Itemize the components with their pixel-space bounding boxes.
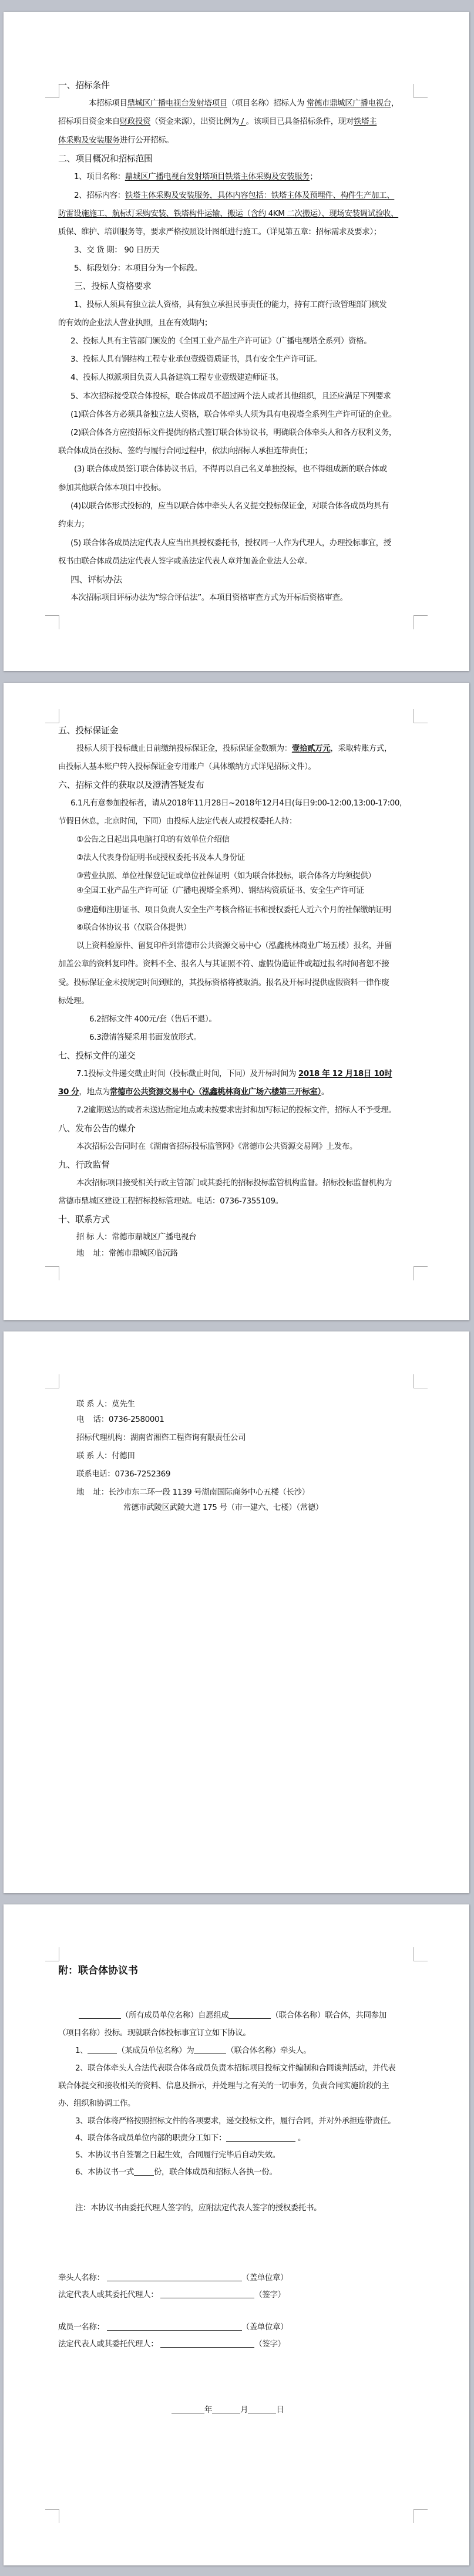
- margin-corner-mark: [414, 709, 428, 723]
- paragraph-line: 节假日休息，北京时间，下同）由投标人法定代表人或授权委托人持：: [58, 816, 414, 827]
- paragraph-line: 6.1凡有意参加投标者，请从2018年11月28日~2018年12月4日(每日9…: [70, 798, 426, 808]
- margin-corner-mark: [414, 1947, 428, 1961]
- list-item: 3、交 货 期： 90 日历天: [74, 245, 430, 255]
- paragraph-line: 体采购及安装服务进行公开招标。: [58, 135, 414, 146]
- paragraph-line: 联合体成员在投标、签约与履行合同过程中，依法向招标人承担连带责任；: [58, 446, 414, 456]
- paragraph-line: 本招标项目鼎城区广播电视台发射塔项目（项目名称）招标人为 常德市鼎城区广播电视台…: [89, 98, 445, 109]
- contact-line: 地 址：常德市鼎城区临沅路: [76, 1248, 432, 1259]
- doc-list-item: ⑥联合体协议书（仅联合体提供）: [76, 922, 432, 933]
- list-item: 1、项目名称：鼎城区广播电视台发射塔项目铁塔主体采购及安装服务；: [74, 171, 430, 182]
- paragraph-line: 常德市鼎城区建设工程招标投标管理站。电话：0736-7355109。: [58, 1196, 414, 1206]
- list-item: 2、投标人具有主管部门颁发的《全国工业产品生产许可证》（广播电视塔全系列）资格。: [70, 336, 426, 346]
- year-field[interactable]: [172, 2405, 204, 2413]
- doc-list-item: ③营业执照、单位社保登记证或单位社保证明（如为联合体投标，联合体各方均须提供）: [76, 871, 432, 881]
- section-heading-2: 二、项目概况和招标范围: [58, 153, 414, 164]
- bid-bond-amount: 壹拾贰万元: [292, 744, 331, 753]
- member-name-field[interactable]: [107, 2322, 242, 2331]
- page-2: 五、投标保证金 投标人须于投标截止日前缴纳投标保证金，投标保证金数额为：壹拾贰万…: [4, 683, 469, 1320]
- paragraph-line: 6.3澄清答疑采用书面发放形式。: [89, 1032, 445, 1043]
- fund-ratio: /: [239, 117, 246, 126]
- margin-corner-mark: [414, 615, 428, 629]
- contact-line: 联 系 人：莫先生: [76, 1399, 432, 1410]
- margin-corner-mark: [414, 1374, 428, 1388]
- lead-rep-field[interactable]: [160, 2290, 254, 2298]
- section-heading-8: 八、发布公告的媒介: [58, 1123, 414, 1134]
- doc-list-item: ④全国工业产品生产许可证（广播电视塔全系列）、钢结构资质证书、安全生产许可证: [76, 885, 432, 896]
- lead-name-field[interactable]: [107, 2272, 242, 2281]
- signature-line: 成员一名称：（盖单位章）: [58, 2322, 414, 2332]
- clause-2: 2、联合体牵头人合法代表联合体各成员负责本招标项目投标文件编制和合同谈判活动，并…: [75, 2063, 431, 2073]
- contact-line: 常德市武陵区武陵大道 175 号（市一建六、七楼）（常德）: [123, 1502, 474, 1513]
- clause-3: 3、联合体将严格按照招标文件的各项要求，递交投标文件，履行合同，并对外承担连带责…: [75, 2116, 431, 2126]
- paragraph-line: 参加其他联合体本项目中投标。: [58, 483, 414, 493]
- paragraph-line: 本次招标项目评标办法为“综合评估法”。本项目资格审查方式为开标后资格审查。: [70, 592, 426, 603]
- contact-line: 地 址：长沙市东二环一段 1139 号湖南国际商务中心五楼（长沙）: [76, 1487, 432, 1498]
- doc-list-item: ②法人代表身份证明书或授权委托书及本人身份证: [76, 852, 432, 863]
- margin-corner-mark: [45, 84, 59, 98]
- list-item: 1、投标人须具有独立法人资格，具有独立承担民事责任的能力，持有工商行政管理部门核…: [74, 299, 430, 310]
- opening-location: 常德市公共资源交易中心（泓鑫桃林商业广场六楼第三开标室）: [110, 1087, 321, 1097]
- list-item: (2)联合体各方应按招标文件提供的格式签订联合体协议书，明确联合体牵头人和各方权…: [70, 427, 426, 438]
- deadline-datetime: 2018 年 12 月18日 10时: [298, 1069, 392, 1078]
- section-heading-4: 四、评标办法: [70, 574, 426, 585]
- list-item: (3) 联合体成员签订联合体协议书后，不得再以自己名义单独投标，也不得组成新的联…: [74, 464, 430, 474]
- blank-field[interactable]: [194, 2045, 226, 2054]
- contact-line: 招 标 人：常德市鼎城区广播电视台: [76, 1232, 432, 1242]
- paragraph-line: 7.2逾期送达的或者未送达指定地点或未按要求密封和加写标记的投标文件，招标人不予…: [76, 1105, 432, 1115]
- date-line: 年月日: [172, 2405, 474, 2415]
- paragraph-line: 标处理。: [58, 996, 414, 1006]
- project-name: 鼎城区广播电视台发射塔项目: [127, 99, 227, 108]
- section-heading-6: 六、招标文件的获取以及澄清答疑发布: [58, 780, 414, 790]
- paragraph-line: （项目名称）投标。现就联合体投标事宜订立如下协议。: [58, 2028, 414, 2038]
- paragraph-line: （所有成员单位名称）自愿组成（联合体名称）联合体，共同参加: [58, 2010, 414, 2021]
- list-item: 2、招标内容：铁塔主体采购及安装服务，具体内容包括：铁塔主体及预埋件、构件生产加…: [74, 190, 430, 201]
- section-heading-7: 七、投标文件的递交: [58, 1050, 414, 1061]
- clause-5: 5、本协议书自签署之日起生效，合同履行完毕后自动失效。: [75, 2150, 431, 2160]
- paragraph-line: 本次招标项目接受相关行政主管部门或其委托的招标投标监管机构监督。招标投标监督机构…: [76, 1178, 432, 1188]
- blank-field[interactable]: [134, 2167, 154, 2176]
- paragraph-line: 质保、维护、培训服务等，要求严格按照设计图纸进行施工。（详见第五章：招标需求及要…: [58, 227, 414, 237]
- member-rep-field[interactable]: [160, 2339, 254, 2348]
- tenderer-name: 常德市鼎城区广播电视台: [307, 99, 391, 108]
- section-heading-9: 九、行政监督: [58, 1159, 414, 1170]
- paragraph-line: 以上资料验原件、留复印件到常德市公共资源交易中心（泓鑫桃林商业广场五楼）报名，并…: [76, 940, 432, 951]
- blank-field[interactable]: [226, 2133, 295, 2142]
- section-heading-1: 一、招标条件: [58, 80, 414, 90]
- paragraph-line: 由投标人基本账户转入投标保证金专用账户（具体缴纳方式详见招标文件）。: [58, 761, 414, 772]
- doc-list-item: ①公告之日起出具电脑打印的有效单位介绍信: [76, 834, 432, 845]
- contact-line: 招标代理机构：湖南省湘咨工程咨询有限责任公司: [76, 1432, 432, 1443]
- section-heading-5: 五、投标保证金: [58, 725, 414, 736]
- note: 注：本协议书由委托代理人签字的，应附法定代表人签字的授权委托书。: [75, 2203, 431, 2213]
- margin-corner-mark: [45, 2509, 59, 2523]
- margin-corner-mark: [414, 1266, 428, 1280]
- signature-line: 法定代表人或其委托代理人：（签字）: [58, 2339, 414, 2349]
- paragraph-line: 30 分，地点为常德市公共资源交易中心（泓鑫桃林商业广场六楼第三开标室）。: [58, 1087, 414, 1097]
- page-3: 联 系 人：莫先生 电 话：0736-2580001 招标代理机构：湖南省湘咨工…: [4, 1331, 469, 1893]
- clause-6: 6、本协议书一式份，联合体成员和招标人各执一份。: [75, 2167, 431, 2177]
- paragraph-line: 本次招标公告同时在《湖南省招标投标监管网》《常德市公共资源交易网》上发布。: [76, 1141, 432, 1152]
- list-item: 4、投标人拟派项目负责人具备建筑工程专业壹级建造师证书。: [70, 372, 426, 383]
- paragraph-line: 投标人须于投标截止日前缴纳投标保证金，投标保证金数额为：壹拾贰万元，采取转账方式…: [76, 743, 432, 754]
- margin-corner-mark: [45, 615, 59, 629]
- blank-field[interactable]: [88, 2045, 117, 2054]
- margin-corner-mark: [414, 84, 428, 98]
- contact-line: 电 话：0736-2580001: [76, 1414, 432, 1425]
- list-item: 5、本次招标接受联合体投标，联合体成员不超过两个法人或者其他组织，且还应满足下列…: [70, 391, 426, 402]
- month-field[interactable]: [212, 2405, 240, 2413]
- appendix-title: 附：联合体协议书: [58, 1965, 414, 1976]
- clause-1: 1、（某成员单位名称）为（联合体名称）牵头人。: [75, 2045, 431, 2056]
- list-item: 5、标段划分：本项目分为一个标段。: [74, 263, 430, 274]
- list-item: (1)联合体各方必须具备独立法人资格，联合体牵头人须为具有电视塔全系列生产许可证…: [70, 409, 426, 420]
- clause-4: 4、联合体各成员单位内部的职责分工如下： 。: [75, 2133, 431, 2143]
- paragraph-line: 7.1投标文件递交截止时间（投标截止时间，下同）及开标时间为 2018 年 12…: [76, 1068, 432, 1079]
- page-4: 附：联合体协议书 （所有成员单位名称）自愿组成（联合体名称）联合体，共同参加 （…: [4, 1904, 469, 2565]
- margin-corner-mark: [45, 709, 59, 723]
- day-field[interactable]: [248, 2405, 276, 2413]
- signature-line: 牵头人名称：（盖单位章）: [58, 2272, 414, 2283]
- paragraph-line: 的有效的企业法人营业执照，且在有效期内；: [58, 318, 414, 328]
- list-item: 3、投标人具有钢结构工程专业承包壹级资质证书，具有安全生产许可证。: [70, 354, 426, 365]
- margin-corner-mark: [45, 1947, 59, 1961]
- margin-corner-mark: [45, 1266, 59, 1280]
- signature-line: 法定代表人或其委托代理人：（签字）: [58, 2290, 414, 2300]
- paragraph-line: 受。投标保证金未按规定时间到账的，其投标资格将被取消。报名及开标时提供虚假资料一…: [58, 977, 414, 988]
- section-heading-3: 三、投标人资格要求: [74, 281, 430, 291]
- section-heading-10: 十、联系方式: [58, 1214, 414, 1225]
- contact-line: 联 系 人：付德田: [76, 1451, 432, 1461]
- paragraph-line: 办、组织和协调工作。: [58, 2098, 414, 2109]
- page-1: 一、招标条件 本招标项目鼎城区广播电视台发射塔项目（项目名称）招标人为 常德市鼎…: [4, 12, 469, 671]
- list-item: (4)以联合体形式投标的，应当以联合体中牵头人名义提交投标保证金，对联合体各成员…: [70, 501, 426, 511]
- paragraph-line: 约束力；: [58, 519, 414, 530]
- paragraph-line: 权书由联合体成员法定代表人签字或盖法定代表人章并加盖企业法人公章。: [58, 556, 414, 567]
- paragraph-line: 6.2招标文件 400元/套（售后不退）。: [89, 1014, 445, 1024]
- blank-field[interactable]: [228, 2010, 271, 2019]
- margin-corner-mark: [414, 2509, 428, 2523]
- fund-source: 财政投资: [120, 117, 150, 126]
- contact-line: 联系电话：0736-7252369: [76, 1469, 432, 1479]
- blank-field[interactable]: [79, 2010, 121, 2019]
- paragraph-line: 招标项目资金来自财政投资（资金来源），出资比例为 / 。该项目已具备招标条件，现…: [58, 116, 414, 127]
- paragraph-line: 加盖公章的资料复印件。资料不全、报名人与其证照不符、虚假伪造证件或超过报名时间者…: [58, 959, 414, 969]
- list-item: (5) 联合体各成员法定代表人应当出具授权委托书，授权同一人作为代理人，办理投标…: [70, 538, 426, 548]
- doc-list-item: ⑤建造师注册证书、项目负责人安全生产考核合格证书和授权委托人近六个月的社保缴纳证…: [76, 905, 432, 915]
- margin-corner-mark: [45, 1374, 59, 1388]
- paragraph-line: 防雷设施施工、航标灯采购安装、铁塔构件运输、搬运（含约 4KM 二次搬运）、现场…: [58, 208, 414, 219]
- paragraph-line: 联合体提交和接收相关的资料、信息及指示，并处理与之有关的一切事务，负责合同实施阶…: [58, 2081, 414, 2091]
